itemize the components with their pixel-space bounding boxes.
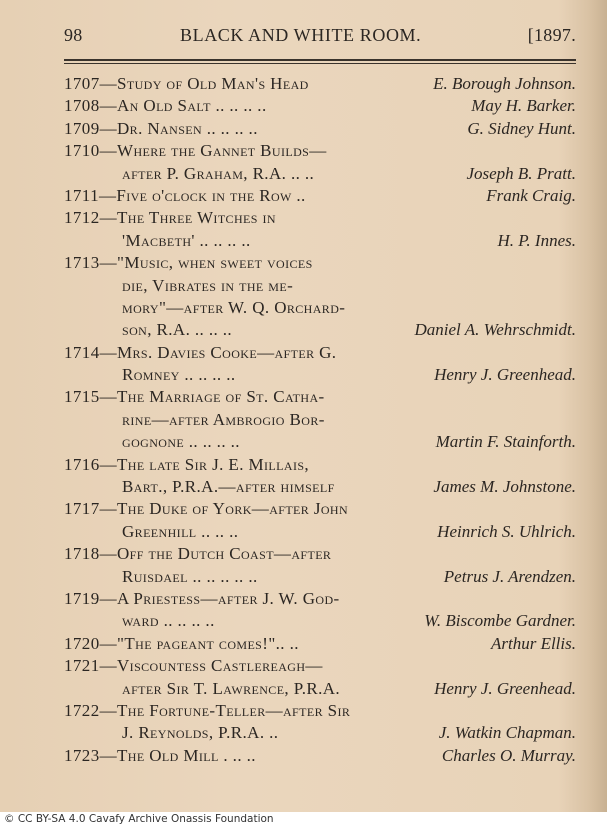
entry-title-text: after P. Graham, R.A. .. .. [122,164,314,183]
entry-title-text: 1710—Where the Gannet Builds— [64,141,327,160]
entry-first-line: 1716—The late Sir J. E. Millais, [64,454,576,476]
catalogue-entry: 1718—Off the Dutch Coast—afterRuisdael .… [64,543,576,588]
entry-title-text: 1722—The Fortune-Teller—after Sir [64,701,350,720]
entry-artist: Henry J. Greenhead. [434,678,576,700]
entry-artist: James M. Johnstone. [433,476,576,498]
entry-first-line: 1723—The Old Mill . .. ..Charles O. Murr… [64,745,576,767]
entry-title-text: son, R.A. .. .. .. [122,320,232,339]
entry-artist: J. Watkin Chapman. [439,722,576,744]
copyright-credit: © CC BY-SA 4.0 Cavafy Archive Onassis Fo… [4,813,274,825]
entry-continuation-line: die, Vibrates in the me- [64,275,576,297]
entry-title-text: 1712—The Three Witches in [64,208,276,227]
catalogue-entry: 1712—The Three Witches in'Macbeth' .. ..… [64,207,576,252]
entry-title-text: 1714—Mrs. Davies Cooke—after G. [64,343,336,362]
entry-continuation-line: Bart., P.R.A.—after himselfJames M. John… [64,476,576,498]
entry-artist: Heinrich S. Uhlrich. [437,521,576,543]
entry-first-line: 1722—The Fortune-Teller—after Sir [64,700,576,722]
entry-title-text: die, Vibrates in the me- [122,276,293,295]
entry-first-line: 1707—Study of Old Man's HeadE. Borough J… [64,73,576,95]
page-title: BLACK AND WHITE ROOM. [180,25,421,46]
entry-title-text: 1711—Five o'clock in the Row .. [64,186,306,205]
catalogue-entry: 1721—Viscountess Castlereagh—after Sir T… [64,655,576,700]
entry-title-text: 1715—The Marriage of St. Catha- [64,387,325,406]
entry-first-line: 1712—The Three Witches in [64,207,576,229]
catalogue-entry: 1722—The Fortune-Teller—after SirJ. Reyn… [64,700,576,745]
entry-first-line: 1713—"Music, when sweet voices [64,252,576,274]
entry-title-text: 1709—Dr. Nansen .. .. .. .. [64,119,258,138]
catalogue-entries: 1707—Study of Old Man's HeadE. Borough J… [64,73,576,767]
entry-title-text: Bart., P.R.A.—after himself [122,477,335,496]
entry-title-text: 1717—The Duke of York—after John [64,499,348,518]
catalogue-entry: 1707—Study of Old Man's HeadE. Borough J… [64,73,576,95]
entry-artist: W. Biscombe Gardner. [424,610,576,632]
entry-artist: Martin F. Stainforth. [436,431,576,453]
entry-first-line: 1720—"The pageant comes!".. ..Arthur Ell… [64,633,576,655]
catalogue-entry: 1717—The Duke of York—after JohnGreenhil… [64,498,576,543]
entry-continuation-line: after Sir T. Lawrence, P.R.A.Henry J. Gr… [64,678,576,700]
entry-first-line: 1715—The Marriage of St. Catha- [64,386,576,408]
entry-artist: Frank Craig. [486,185,576,207]
entry-first-line: 1711—Five o'clock in the Row ..Frank Cra… [64,185,576,207]
entry-title-text: Ruisdael .. .. .. .. .. [122,567,258,586]
entry-title-text: 1707—Study of Old Man's Head [64,74,309,93]
catalogue-entry: 1723—The Old Mill . .. ..Charles O. Murr… [64,745,576,767]
entry-artist: Petrus J. Arendzen. [444,566,576,588]
entry-title-text: J. Reynolds, P.R.A. .. [122,723,278,742]
running-header: 98 BLACK AND WHITE ROOM. [1897. [64,25,576,49]
catalogue-entry: 1720—"The pageant comes!".. ..Arthur Ell… [64,633,576,655]
catalogue-entry: 1711—Five o'clock in the Row ..Frank Cra… [64,185,576,207]
entry-continuation-line: Greenhill .. .. ..Heinrich S. Uhlrich. [64,521,576,543]
entry-first-line: 1710—Where the Gannet Builds— [64,140,576,162]
header-rule-thick [64,59,576,61]
entry-artist: Arthur Ellis. [491,633,576,655]
entry-artist: Daniel A. Wehrschmidt. [415,319,577,341]
entry-first-line: 1717—The Duke of York—after John [64,498,576,520]
entry-title-text: after Sir T. Lawrence, P.R.A. [122,679,340,698]
catalogue-entry: 1714—Mrs. Davies Cooke—after G.Romney ..… [64,342,576,387]
entry-continuation-line: Romney .. .. .. ..Henry J. Greenhead. [64,364,576,386]
catalogue-entry: 1713—"Music, when sweet voicesdie, Vibra… [64,252,576,342]
entry-title-text: Romney .. .. .. .. [122,365,236,384]
header-year: [1897. [528,25,576,46]
entry-title-text: gognone .. .. .. .. [122,432,240,451]
entry-continuation-line: son, R.A. .. .. ..Daniel A. Wehrschmidt. [64,319,576,341]
entry-artist: H. P. Innes. [497,230,576,252]
header-rule-thin [64,63,576,64]
entry-artist: E. Borough Johnson. [433,73,576,95]
catalogue-entry: 1710—Where the Gannet Builds—after P. Gr… [64,140,576,185]
entry-title-text: Greenhill .. .. .. [122,522,238,541]
entry-first-line: 1719—A Priestess—after J. W. God- [64,588,576,610]
entry-artist: Henry J. Greenhead. [434,364,576,386]
entry-continuation-line: ward .. .. .. ..W. Biscombe Gardner. [64,610,576,632]
entry-first-line: 1718—Off the Dutch Coast—after [64,543,576,565]
catalogue-entry: 1709—Dr. Nansen .. .. .. ..G. Sidney Hun… [64,118,576,140]
entry-title-text: 'Macbeth' .. .. .. .. [122,231,251,250]
entry-first-line: 1714—Mrs. Davies Cooke—after G. [64,342,576,364]
entry-artist: May H. Barker. [471,95,576,117]
entry-artist: Charles O. Murray. [442,745,576,767]
entry-continuation-line: rine—after Ambrogio Bor- [64,409,576,431]
entry-title-text: 1716—The late Sir J. E. Millais, [64,455,309,474]
entry-title-text: 1719—A Priestess—after J. W. God- [64,589,340,608]
entry-continuation-line: gognone .. .. .. ..Martin F. Stainforth. [64,431,576,453]
entry-artist: G. Sidney Hunt. [467,118,576,140]
entry-first-line: 1708—An Old Salt .. .. .. ..May H. Barke… [64,95,576,117]
entry-title-text: 1708—An Old Salt .. .. .. .. [64,96,267,115]
entry-continuation-line: J. Reynolds, P.R.A. ..J. Watkin Chapman. [64,722,576,744]
entry-title-text: mory"—after W. Q. Orchard- [122,298,345,317]
entry-continuation-line: Ruisdael .. .. .. .. ..Petrus J. Arendze… [64,566,576,588]
catalogue-entry: 1715—The Marriage of St. Catha-rine—afte… [64,386,576,453]
entry-title-text: 1713—"Music, when sweet voices [64,253,313,272]
entry-title-text: rine—after Ambrogio Bor- [122,410,325,429]
entry-artist: Joseph B. Pratt. [466,163,576,185]
entry-first-line: 1709—Dr. Nansen .. .. .. ..G. Sidney Hun… [64,118,576,140]
catalogue-entry: 1708—An Old Salt .. .. .. ..May H. Barke… [64,95,576,117]
entry-title-text: 1720—"The pageant comes!".. .. [64,634,299,653]
entry-title-text: 1723—The Old Mill . .. .. [64,746,256,765]
book-page: 98 BLACK AND WHITE ROOM. [1897. 1707—Stu… [0,0,607,812]
catalogue-entry: 1716—The late Sir J. E. Millais,Bart., P… [64,454,576,499]
entry-continuation-line: after P. Graham, R.A. .. ..Joseph B. Pra… [64,163,576,185]
entry-continuation-line: mory"—after W. Q. Orchard- [64,297,576,319]
entry-title-text: 1718—Off the Dutch Coast—after [64,544,331,563]
entry-title-text: ward .. .. .. .. [122,611,215,630]
entry-title-text: 1721—Viscountess Castlereagh— [64,656,323,675]
page-number: 98 [64,25,83,46]
entry-first-line: 1721—Viscountess Castlereagh— [64,655,576,677]
catalogue-entry: 1719—A Priestess—after J. W. God-ward ..… [64,588,576,633]
entry-continuation-line: 'Macbeth' .. .. .. ..H. P. Innes. [64,230,576,252]
